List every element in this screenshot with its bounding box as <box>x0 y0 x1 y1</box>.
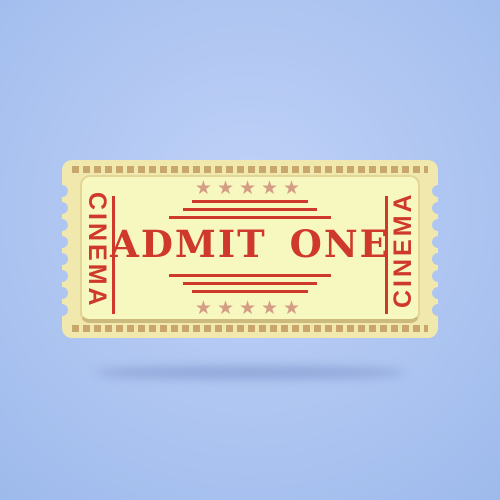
deco-line-bottom-1 <box>169 274 331 277</box>
cinema-ticket: CINEMA CINEMA ★★★★★ ADMIT ONE ★★★★★ <box>62 160 438 338</box>
stars-row-top-icon: ★★★★★ <box>62 178 438 198</box>
deco-line-bottom-3 <box>192 290 308 293</box>
deco-line-top-1 <box>192 200 308 203</box>
perforation-row-bottom <box>72 325 428 332</box>
admit-one-title: ADMIT ONE <box>62 224 438 264</box>
deco-line-top-3 <box>169 216 331 219</box>
stars-row-bottom-icon: ★★★★★ <box>62 298 438 318</box>
deco-line-top-2 <box>183 208 317 211</box>
ticket-shadow <box>95 366 405 379</box>
perforation-row-top <box>72 166 428 173</box>
deco-line-bottom-2 <box>183 282 317 285</box>
scene-background: CINEMA CINEMA ★★★★★ ADMIT ONE ★★★★★ <box>0 0 500 500</box>
